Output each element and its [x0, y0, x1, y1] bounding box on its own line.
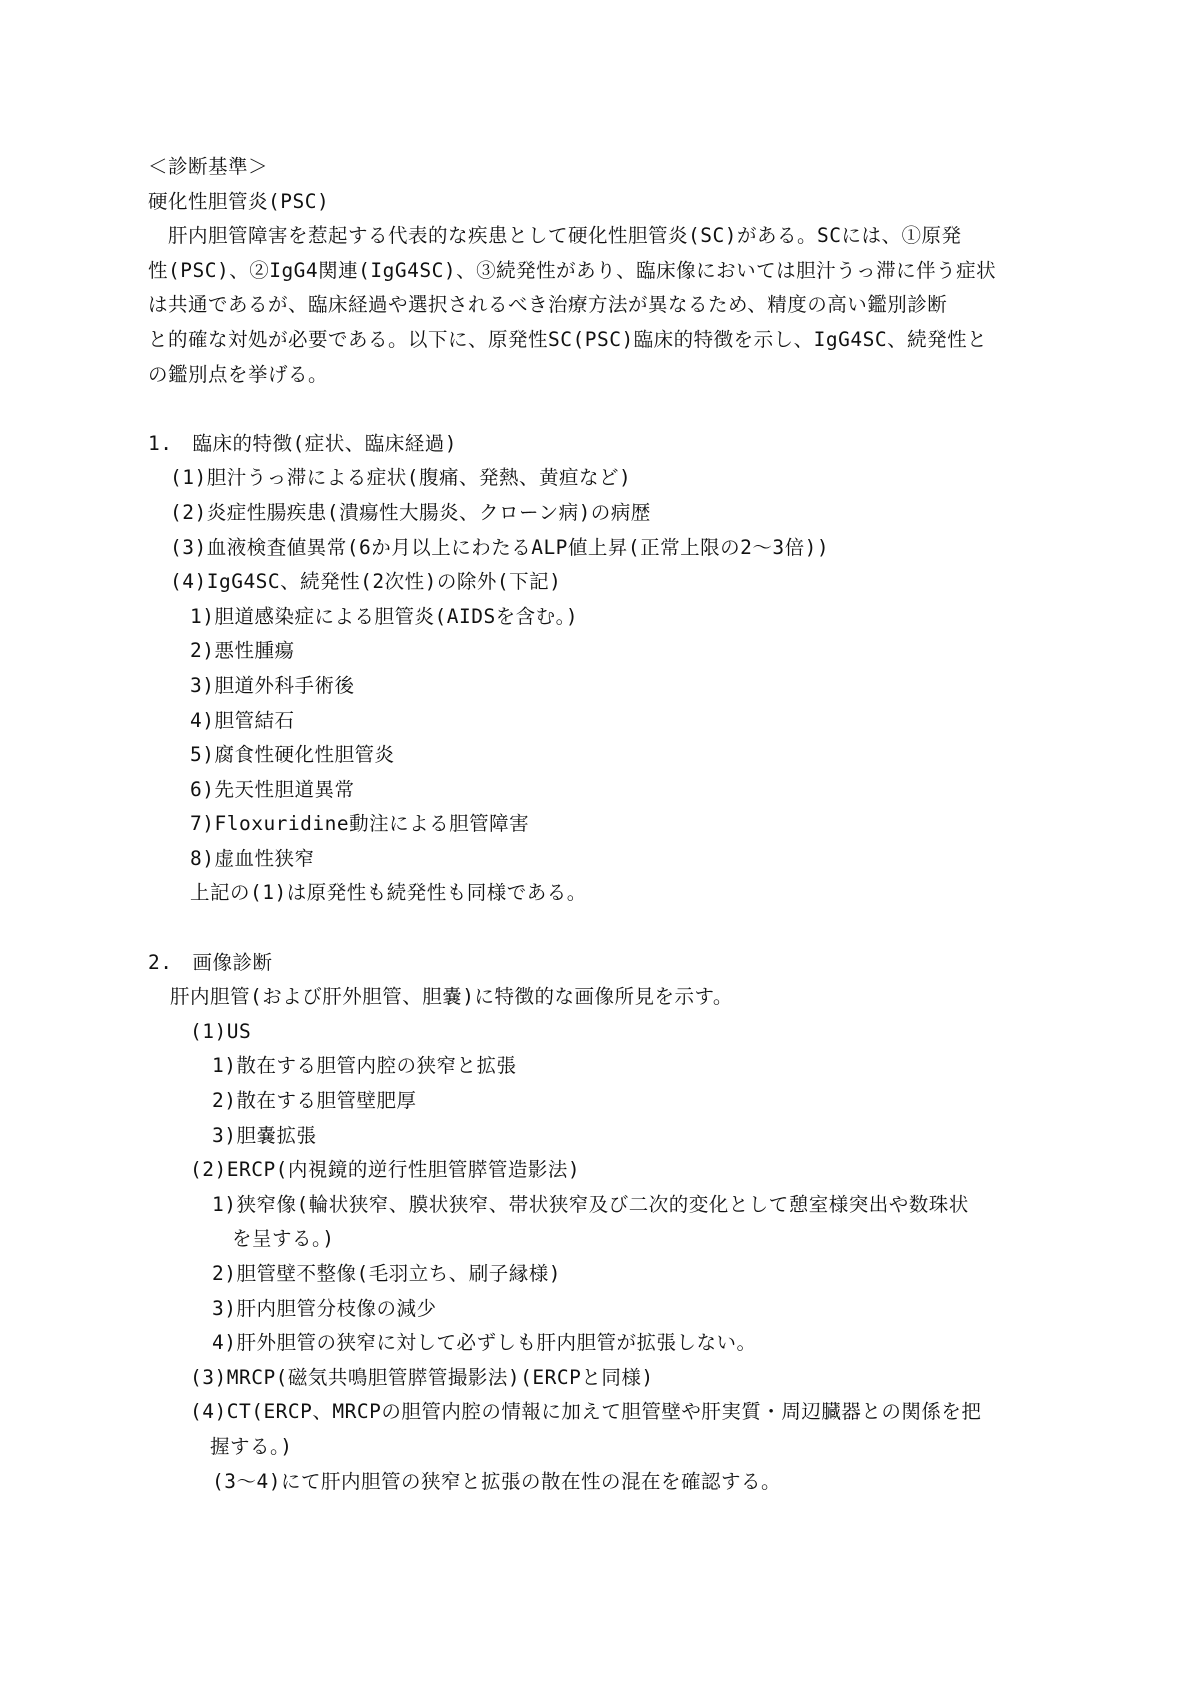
- spacer: [148, 392, 1038, 427]
- exclusion-item: 7)Floxuridine動注による胆管障害: [148, 807, 1038, 842]
- intro-line: 肝内胆管障害を惹起する代表的な疾患として硬化性胆管炎(SC)がある。SCには、①…: [148, 219, 1038, 254]
- exclusion-item: 5)腐食性硬化性胆管炎: [148, 738, 1038, 773]
- ercp-label: (2)ERCP(内視鏡的逆行性胆管膵管造影法): [148, 1153, 1038, 1188]
- us-item: 2)散在する胆管壁肥厚: [148, 1084, 1038, 1119]
- exclusion-item: 4)胆管結石: [148, 704, 1038, 739]
- clinical-item: (2)炎症性腸疾患(潰瘍性大腸炎、クローン病)の病歴: [148, 496, 1038, 531]
- imaging-conclusion: (3～4)にて肝内胆管の狭窄と拡張の散在性の混在を確認する。: [148, 1465, 1038, 1500]
- ct-item: 握する。): [148, 1430, 1038, 1465]
- section-heading: 1. 臨床的特徴(症状、臨床経過): [148, 427, 1038, 462]
- intro-paragraph: 肝内胆管障害を惹起する代表的な疾患として硬化性胆管炎(SC)がある。SCには、①…: [148, 219, 1038, 392]
- clinical-item: (4)IgG4SC、続発性(2次性)の除外(下記): [148, 565, 1038, 600]
- exclusion-item: 2)悪性腫瘍: [148, 634, 1038, 669]
- document-page: ＜診断基準＞ 硬化性胆管炎(PSC) 肝内胆管障害を惹起する代表的な疾患として硬…: [148, 150, 1038, 1499]
- criteria-header: ＜診断基準＞: [148, 150, 1038, 185]
- clinical-item: (3)血液検査値異常(6か月以上にわたるALP値上昇(正常上限の2～3倍)): [148, 531, 1038, 566]
- section-note: 上記の(1)は原発性も続発性も同様である。: [148, 876, 1038, 911]
- us-item: 1)散在する胆管内腔の狭窄と拡張: [148, 1049, 1038, 1084]
- clinical-item: (1)胆汁うっ滞による症状(腹痛、発熱、黄疸など): [148, 461, 1038, 496]
- ercp-item: 4)肝外胆管の狭窄に対して必ずしも肝内胆管が拡張しない。: [148, 1326, 1038, 1361]
- exclusion-item: 6)先天性胆道異常: [148, 773, 1038, 808]
- ercp-item: 1)狭窄像(輪状狭窄、膜状狭窄、帯状狭窄及び二次的変化として憩室様突出や数珠状: [148, 1188, 1038, 1223]
- us-label: (1)US: [148, 1015, 1038, 1050]
- intro-line: と的確な対処が必要である。以下に、原発性SC(PSC)臨床的特徴を示し、IgG4…: [148, 323, 1038, 358]
- spacer: [148, 911, 1038, 946]
- exclusion-item: 3)胆道外科手術後: [148, 669, 1038, 704]
- ercp-item: 3)肝内胆管分枝像の減少: [148, 1292, 1038, 1327]
- intro-line: の鑑別点を挙げる。: [148, 358, 1038, 393]
- ct-item: (4)CT(ERCP、MRCPの胆管内腔の情報に加えて胆管壁や肝実質・周辺臓器と…: [148, 1395, 1038, 1430]
- ercp-item: 2)胆管壁不整像(毛羽立ち、刷子縁様): [148, 1257, 1038, 1292]
- mrcp-item: (3)MRCP(磁気共鳴胆管膵管撮影法)(ERCPと同様): [148, 1361, 1038, 1396]
- ercp-item: を呈する。): [148, 1222, 1038, 1257]
- us-item: 3)胆嚢拡張: [148, 1119, 1038, 1154]
- section-clinical-features: 1. 臨床的特徴(症状、臨床経過) (1)胆汁うっ滞による症状(腹痛、発熱、黄疸…: [148, 427, 1038, 911]
- section-heading: 2. 画像診断: [148, 946, 1038, 981]
- section-imaging: 2. 画像診断 肝内胆管(および肝外胆管、胆嚢)に特徴的な画像所見を示す。 (1…: [148, 946, 1038, 1500]
- exclusion-item: 1)胆道感染症による胆管炎(AIDSを含む。): [148, 600, 1038, 635]
- intro-line: は共通であるが、臨床経過や選択されるべき治療方法が異なるため、精度の高い鑑別診断: [148, 288, 1038, 323]
- document-title: 硬化性胆管炎(PSC): [148, 185, 1038, 220]
- intro-line: 性(PSC)、②IgG4関連(IgG4SC)、③続発性があり、臨床像においては胆…: [148, 254, 1038, 289]
- exclusion-item: 8)虚血性狭窄: [148, 842, 1038, 877]
- section-lead: 肝内胆管(および肝外胆管、胆嚢)に特徴的な画像所見を示す。: [148, 980, 1038, 1015]
